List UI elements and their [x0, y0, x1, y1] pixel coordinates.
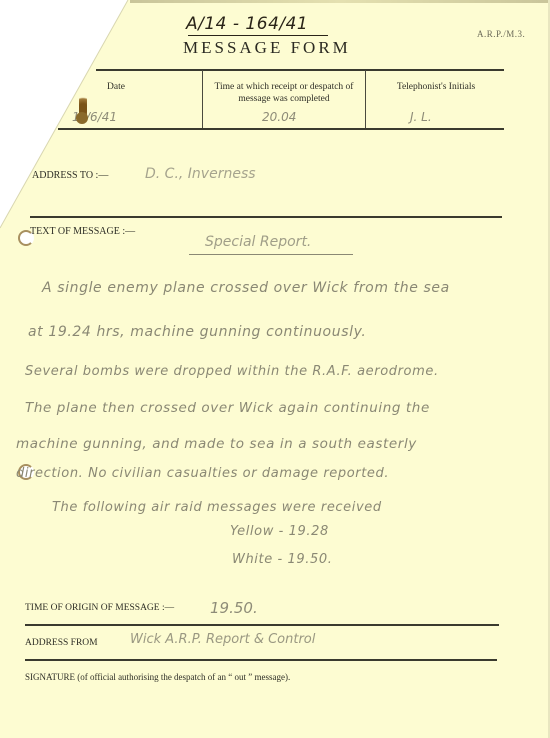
table-divider-2	[365, 70, 366, 128]
table-divider-1	[202, 70, 203, 128]
reference-underline	[188, 35, 328, 36]
time-of-origin-value: 19.50.	[210, 599, 258, 617]
message-line-9: White - 19.50.	[232, 552, 333, 567]
message-line-1: A single enemy plane crossed over Wick f…	[42, 280, 450, 296]
reference-number: A/14 - 164/41	[186, 14, 308, 34]
staple-rust-spot	[76, 112, 88, 124]
message-line-5: machine gunning, and made to sea in a so…	[16, 436, 417, 452]
date-label: Date	[107, 81, 125, 93]
paper-top-edge	[130, 0, 550, 3]
time-completed-value: 20.04	[262, 110, 296, 124]
form-code: A.R.P./M.3.	[477, 29, 525, 39]
form-title: MESSAGE FORM	[183, 38, 351, 58]
time-of-origin-rule	[25, 624, 499, 626]
message-heading-underline	[189, 254, 353, 255]
message-line-7: The following air raid messages were rec…	[52, 500, 382, 515]
message-line-4: The plane then crossed over Wick again c…	[25, 400, 430, 416]
address-from-label: ADDRESS FROM	[25, 637, 98, 649]
message-line-8: Yellow - 19.28	[230, 524, 329, 539]
time-of-origin-label: TIME OF ORIGIN OF MESSAGE :—	[25, 602, 174, 614]
telephonist-initials-label: Telephonist's Initials	[372, 81, 500, 93]
address-to-rule	[30, 216, 502, 218]
address-to-value: D. C., Inverness	[145, 166, 256, 182]
text-of-message-label: TEXT OF MESSAGE :—	[30, 226, 135, 238]
address-to-label: ADDRESS TO :—	[32, 170, 108, 182]
message-line-2: at 19.24 hrs, machine gunning continuous…	[28, 324, 366, 340]
address-from-value: Wick A.R.P. Report & Control	[130, 632, 315, 647]
table-bottom-rule	[58, 128, 504, 130]
address-from-rule	[25, 659, 497, 661]
table-top-rule	[96, 69, 504, 71]
telephonist-initials-value: J. L.	[410, 110, 432, 124]
message-line-6: direction. No civilian casualties or dam…	[16, 466, 389, 481]
message-line-3: Several bombs were dropped within the R.…	[25, 364, 439, 379]
signature-label: SIGNATURE (of official authorising the d…	[25, 671, 290, 683]
message-heading: Special Report.	[205, 234, 311, 250]
time-completed-label: Time at which receipt or despatch of mes…	[208, 81, 360, 105]
